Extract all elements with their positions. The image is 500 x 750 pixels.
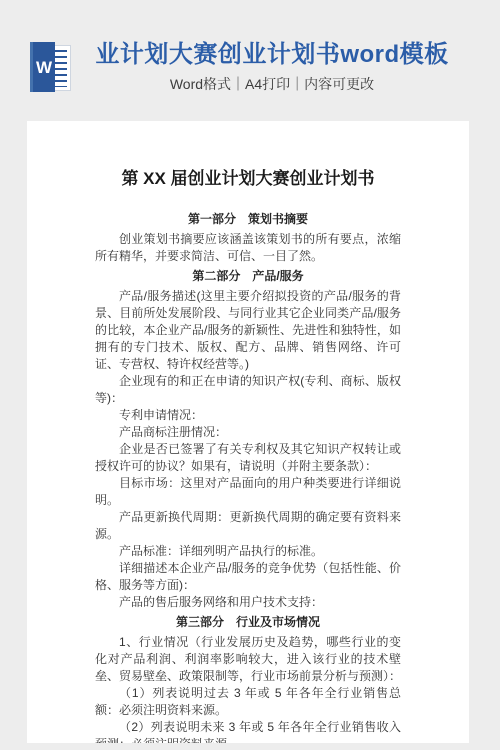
header-text-block: 业计划大赛创业计划书word模板 Word格式｜A4打印｜内容可更改 (44, 41, 500, 93)
section-heading: 第三部分 行业及市场情况 (95, 614, 401, 631)
header: W 业计划大赛创业计划书word模板 Word格式｜A4打印｜内容可更改 (0, 0, 500, 121)
page-canvas: W 业计划大赛创业计划书word模板 Word格式｜A4打印｜内容可更改 第 X… (0, 0, 500, 750)
paragraph: 企业是否已签署了有关专利权及其它知识产权转让或授权许可的协议？如果有，请说明（并… (95, 441, 401, 475)
paragraph: 产品的售后服务网络和用户技术支持： (95, 594, 401, 611)
word-icon-panel: W (30, 42, 55, 92)
template-title: 业计划大赛创业计划书word模板 (44, 41, 500, 69)
paragraph: 产品/服务描述(这里主要介绍拟投资的产品/服务的背景、目前所处发展阶段、与同行业… (95, 288, 401, 373)
paragraph: 企业现有的和正在申请的知识产权(专利、商标、版权等)： (95, 373, 401, 407)
paragraph: 1、行业情况（行业发展历史及趋势，哪些行业的变化对产品利润、利润率影响较大，进入… (95, 634, 401, 685)
paragraph: 创业策划书摘要应该涵盖该策划书的所有要点，浓缩所有精华，并要求简洁、可信、一目了… (95, 231, 401, 265)
template-subtitle: Word格式｜A4打印｜内容可更改 (44, 75, 500, 93)
paragraph: （2）列表说明未来 3 年或 5 年各年全行业销售收入预测：必须注明资料来源。 (95, 719, 401, 743)
document-page: 第 XX 届创业计划大赛创业计划书 第一部分 策划书摘要创业策划书摘要应该涵盖该… (27, 121, 469, 743)
section-heading: 第一部分 策划书摘要 (95, 211, 401, 228)
paragraph: 专利申请情况： (95, 407, 401, 424)
paragraph: （1）列表说明过去 3 年或 5 年各年全行业销售总额：必须注明资料来源。 (95, 685, 401, 719)
document-body: 第一部分 策划书摘要创业策划书摘要应该涵盖该策划书的所有要点，浓缩所有精华，并要… (95, 211, 401, 743)
word-icon-letter: W (36, 59, 52, 76)
paragraph: 产品更新换代周期：更新换代周期的确定要有资料来源。 (95, 509, 401, 543)
paragraph: 详细描述本企业产品/服务的竞争优势（包括性能、价格、服务等方面)： (95, 560, 401, 594)
paragraph: 目标市场：这里对产品面向的用户种类要进行详细说明。 (95, 475, 401, 509)
paragraph: 产品标准：详细列明产品执行的标准。 (95, 543, 401, 560)
section-heading: 第二部分 产品/服务 (95, 268, 401, 285)
paragraph: 产品商标注册情况： (95, 424, 401, 441)
word-icon: W (30, 42, 72, 92)
document-title: 第 XX 届创业计划大赛创业计划书 (95, 167, 401, 191)
